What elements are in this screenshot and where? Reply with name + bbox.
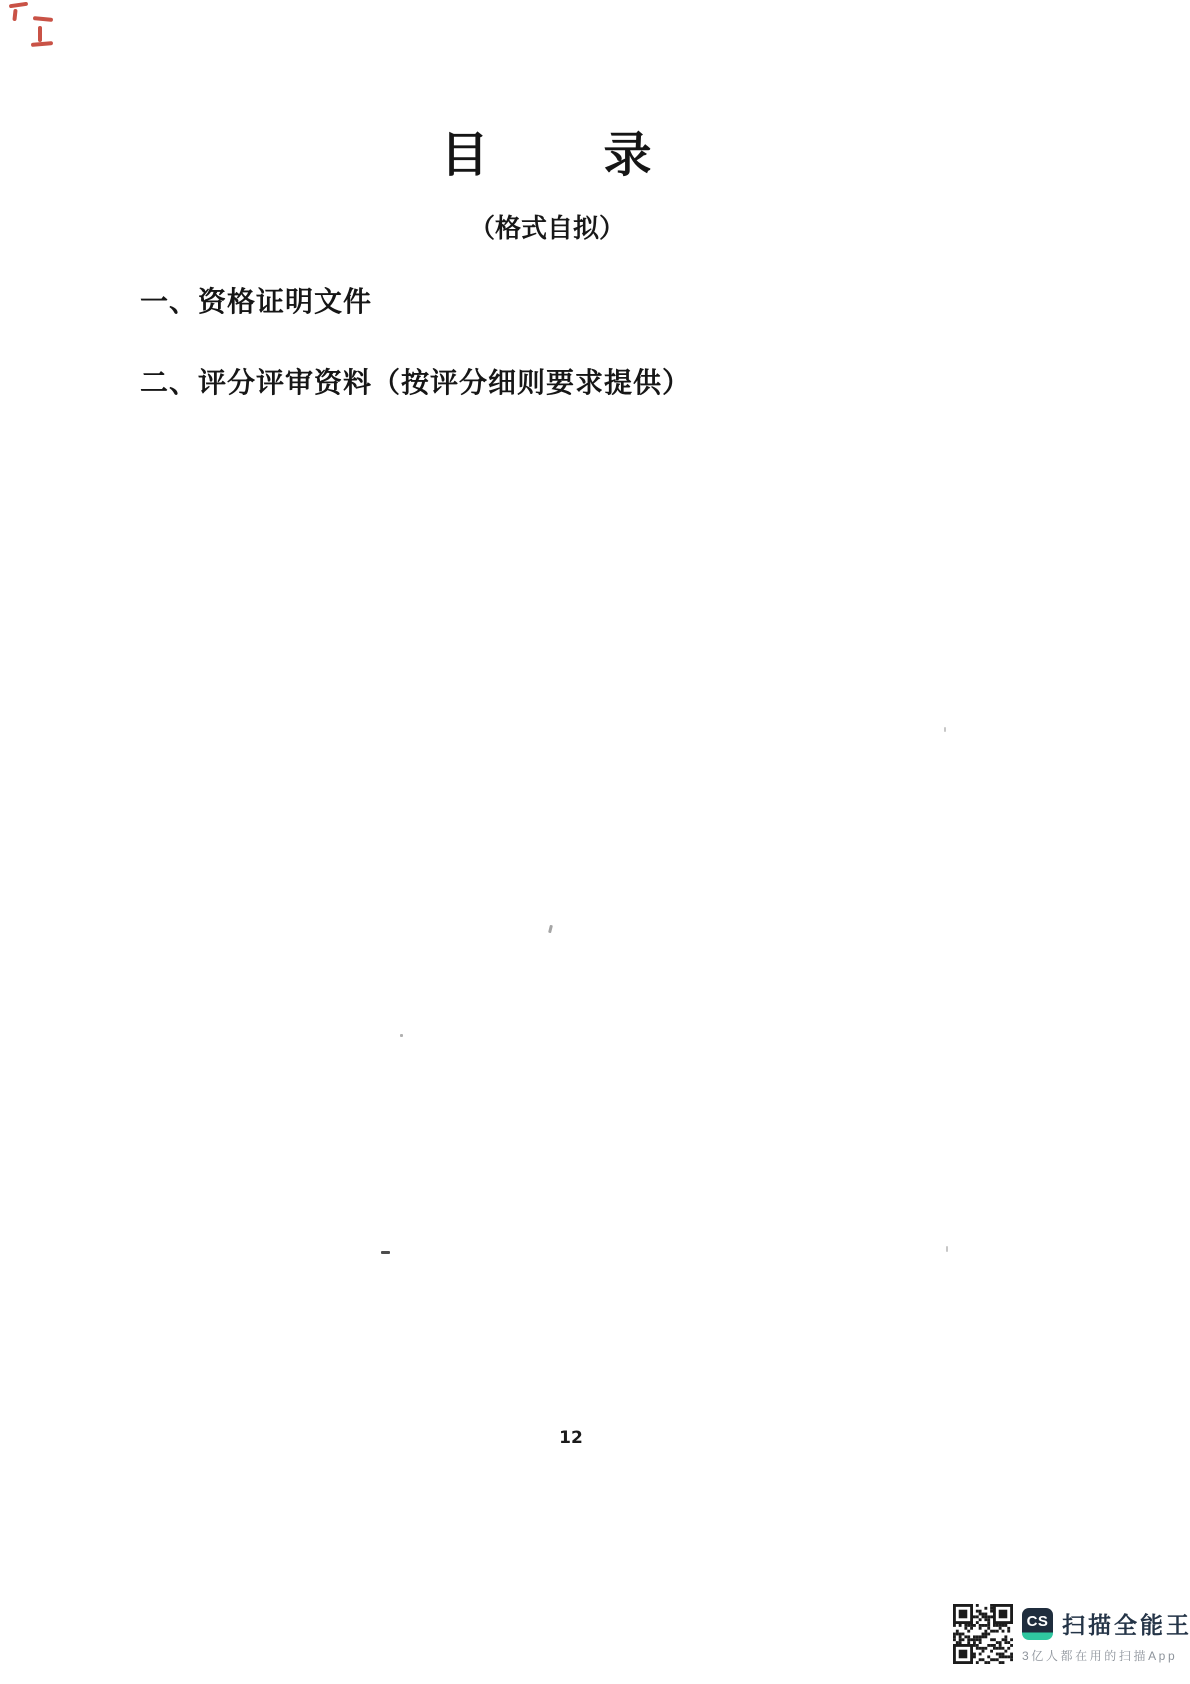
scan-speck xyxy=(400,1034,403,1037)
red-seal-fragment xyxy=(33,16,53,22)
red-seal-fragment xyxy=(31,41,53,47)
camscanner-logo-icon: CS xyxy=(1022,1608,1053,1640)
page-subtitle: （格式自拟） xyxy=(0,208,1094,245)
red-seal-fragment xyxy=(9,2,28,9)
scanned-document-page: 目 录 （格式自拟） 一、资格证明文件 二、评分评审资料（按评分细则要求提供） … xyxy=(0,0,1190,1684)
scanner-app-name: 扫描全能王 xyxy=(1062,1607,1190,1640)
red-seal-fragment xyxy=(12,9,17,21)
scanner-tagline: 3亿人都在用的扫描App xyxy=(1022,1647,1190,1664)
scan-speck xyxy=(548,925,553,933)
red-seal-fragment xyxy=(38,26,42,42)
page-number: 12 xyxy=(541,1428,601,1448)
title-char-right: 录 xyxy=(604,116,652,185)
page-title: 目 录 xyxy=(0,116,1092,185)
toc-item-2: 二、评分评审资料（按评分细则要求提供） xyxy=(140,361,691,401)
scan-speck xyxy=(944,727,946,732)
scan-speck xyxy=(381,1251,390,1254)
scanner-watermark-text: CS 扫描全能王 3亿人都在用的扫描App xyxy=(1022,1603,1190,1664)
qr-code-icon xyxy=(953,1603,1013,1665)
scan-speck xyxy=(946,1246,948,1252)
scanner-watermark: CS 扫描全能王 3亿人都在用的扫描App xyxy=(953,1603,1190,1665)
title-char-left: 目 xyxy=(440,116,488,185)
toc-item-1: 一、资格证明文件 xyxy=(140,280,372,320)
